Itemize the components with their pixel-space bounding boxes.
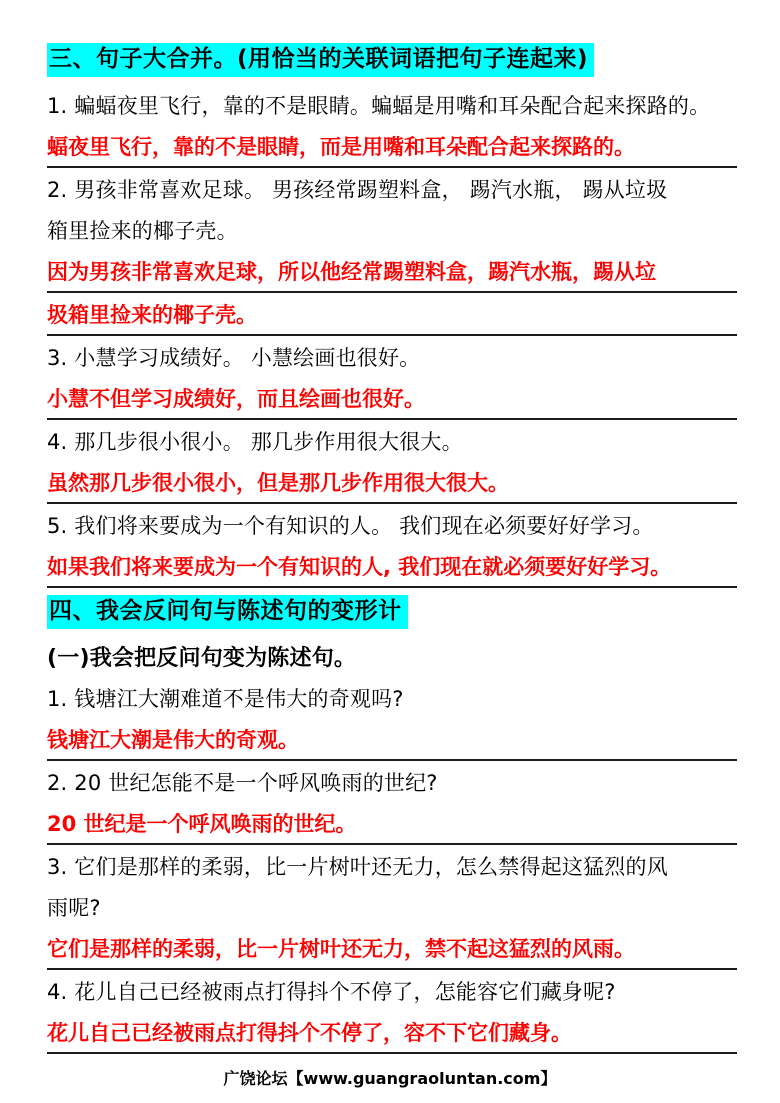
s4-item1-question: 1. 钱塘江大潮难道不是伟大的奇观吗? [47, 677, 737, 718]
s3-item2-answer-line1: 因为男孩非常喜欢足球，所以他经常踢塑料盒，踢汽水瓶，踢从垃 [47, 250, 737, 293]
s3-item5-question: 5. 我们将来要成为一个有知识的人。 我们现在必须要好好学习。 [47, 504, 737, 545]
worksheet-page: 三、句子大合并。(用恰当的关联词语把句子连起来) 1. 蝙蝠夜里飞行，靠的不是眼… [0, 0, 780, 1103]
section4-header: 四、我会反问句与陈述句的变形计 [47, 595, 408, 629]
s3-item3-question: 3. 小慧学习成绩好。 小慧绘画也很好。 [47, 336, 737, 377]
s3-item2-question-line1: 2. 男孩非常喜欢足球。 男孩经常踢塑料盒， 踢汽水瓶， 踢从垃圾 [47, 168, 737, 209]
s3-item1-answer: 蝠夜里飞行，靠的不是眼睛，而是用嘴和耳朵配合起来探路的。 [47, 125, 737, 168]
s4-item2-question: 2. 20 世纪怎能不是一个呼风唤雨的世纪? [47, 761, 737, 802]
s3-item4-answer: 虽然那几步很小很小，但是那几步作用很大很大。 [47, 461, 737, 504]
s3-item5-answer: 如果我们将来要成为一个有知识的人, 我们现在就必须要好好学习。 [47, 545, 737, 588]
s4-item3-question-line2: 雨呢? [47, 886, 737, 927]
section3-header: 三、句子大合并。(用恰当的关联词语把句子连起来) [47, 43, 594, 77]
section4-subheader: (一)我会把反问句变为陈述句。 [47, 636, 737, 677]
s3-item2-question-line2: 箱里捡来的椰子壳。 [47, 209, 737, 250]
footer-watermark: 广饶论坛【www.guangraoluntan.com】 [0, 1066, 780, 1089]
s3-item1-question: 1. 蝙蝠夜里飞行，靠的不是眼睛。蝙蝠是用嘴和耳朵配合起来探路的。 [47, 84, 737, 125]
s3-item3-answer: 小慧不但学习成绩好，而且绘画也很好。 [47, 377, 737, 420]
s4-item3-answer: 它们是那样的柔弱，比一片树叶还无力，禁不起这猛烈的风雨。 [47, 927, 737, 970]
s3-item4-question: 4. 那几步很小很小。 那几步作用很大很大。 [47, 420, 737, 461]
s3-item2-answer-line2: 圾箱里捡来的椰子壳。 [47, 293, 737, 336]
s4-item1-answer: 钱塘江大潮是伟大的奇观。 [47, 718, 737, 761]
s4-item2-answer: 20 世纪是一个呼风唤雨的世纪。 [47, 802, 737, 845]
section4-header-row: 四、我会反问句与陈述句的变形计 [47, 588, 737, 636]
s4-item3-question-line1: 3. 它们是那样的柔弱，比一片树叶还无力，怎么禁得起这猛烈的风 [47, 845, 737, 886]
s4-item4-answer: 花儿自己已经被雨点打得抖个不停了，容不下它们藏身。 [47, 1011, 737, 1054]
s4-item4-question: 4. 花儿自己已经被雨点打得抖个不停了，怎能容它们藏身呢? [47, 970, 737, 1011]
section3-header-row: 三、句子大合并。(用恰当的关联词语把句子连起来) [47, 36, 737, 84]
